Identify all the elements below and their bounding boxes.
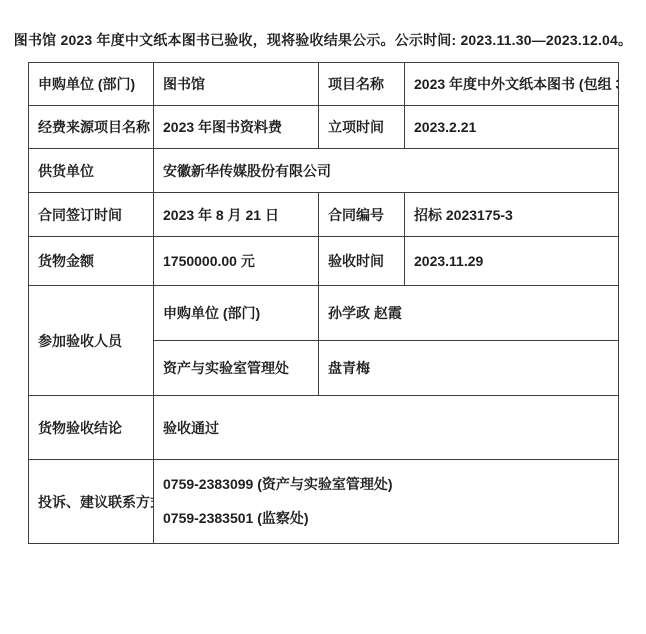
table-row-supplier: 供货单位 安徽新华传媒股份有限公司 bbox=[29, 149, 619, 193]
acceptance-notice-table: 申购单位 (部门) 图书馆 项目名称 2023 年度中外文纸本图书 (包组 3)… bbox=[28, 62, 619, 544]
label-acceptance-participants: 参加验收人员 bbox=[29, 286, 154, 396]
label-supplier: 供货单位 bbox=[29, 149, 154, 193]
complaint-phone-supervision-office: 0759-2383501 (监察处) bbox=[163, 510, 614, 527]
label-participants-asset-lab-office: 资产与实验室管理处 bbox=[154, 341, 319, 396]
label-project-start-date: 立项时间 bbox=[319, 106, 405, 149]
value-purchasing-unit: 图书馆 bbox=[154, 63, 319, 106]
value-acceptance-date: 2023.11.29 bbox=[405, 237, 619, 286]
table-row-funding-source: 经费来源项目名称 2023 年图书资料费 立项时间 2023.2.21 bbox=[29, 106, 619, 149]
value-participants-purchasing-unit: 孙学政 赵霞 bbox=[319, 286, 619, 341]
label-contract-number: 合同编号 bbox=[319, 193, 405, 237]
value-contract-number: 招标 2023175-3 bbox=[405, 193, 619, 237]
value-project-name: 2023 年度中外文纸本图书 (包组 3) bbox=[405, 63, 619, 106]
value-funding-source: 2023 年图书资料费 bbox=[154, 106, 319, 149]
notice-page: 图书馆 2023 年度中文纸本图书已验收，现将验收结果公示。公示时间: 2023… bbox=[0, 0, 646, 634]
value-goods-amount: 1750000.00 元 bbox=[154, 237, 319, 286]
table-row-contract-date: 合同签订时间 2023 年 8 月 21 日 合同编号 招标 2023175-3 bbox=[29, 193, 619, 237]
label-goods-amount: 货物金额 bbox=[29, 237, 154, 286]
table-row-complaint-contact: 投诉、建议联系方式 0759-2383099 (资产与实验室管理处) 0759-… bbox=[29, 460, 619, 544]
table-row-acceptance-conclusion: 货物验收结论 验收通过 bbox=[29, 396, 619, 460]
complaint-phone-asset-office: 0759-2383099 (资产与实验室管理处) bbox=[163, 476, 614, 493]
label-contract-date: 合同签订时间 bbox=[29, 193, 154, 237]
value-supplier: 安徽新华传媒股份有限公司 bbox=[154, 149, 619, 193]
value-project-start-date: 2023.2.21 bbox=[405, 106, 619, 149]
label-acceptance-conclusion: 货物验收结论 bbox=[29, 396, 154, 460]
value-participants-asset-lab-office: 盘青梅 bbox=[319, 341, 619, 396]
label-project-name: 项目名称 bbox=[319, 63, 405, 106]
value-contract-date: 2023 年 8 月 21 日 bbox=[154, 193, 319, 237]
table-row-purchasing-unit: 申购单位 (部门) 图书馆 项目名称 2023 年度中外文纸本图书 (包组 3) bbox=[29, 63, 619, 106]
label-participants-purchasing-unit: 申购单位 (部门) bbox=[154, 286, 319, 341]
table-row-goods-amount: 货物金额 1750000.00 元 验收时间 2023.11.29 bbox=[29, 237, 619, 286]
label-complaint-contact: 投诉、建议联系方式 bbox=[29, 460, 154, 544]
notice-title: 图书馆 2023 年度中文纸本图书已验收，现将验收结果公示。公示时间: 2023… bbox=[0, 30, 646, 50]
value-acceptance-conclusion: 验收通过 bbox=[154, 396, 619, 460]
label-funding-source: 经费来源项目名称 bbox=[29, 106, 154, 149]
label-acceptance-date: 验收时间 bbox=[319, 237, 405, 286]
value-complaint-contact: 0759-2383099 (资产与实验室管理处) 0759-2383501 (监… bbox=[154, 460, 619, 544]
table-row-participants-1: 参加验收人员 申购单位 (部门) 孙学政 赵霞 bbox=[29, 286, 619, 341]
label-purchasing-unit: 申购单位 (部门) bbox=[29, 63, 154, 106]
complaint-phone-list: 0759-2383099 (资产与实验室管理处) 0759-2383501 (监… bbox=[163, 476, 614, 527]
